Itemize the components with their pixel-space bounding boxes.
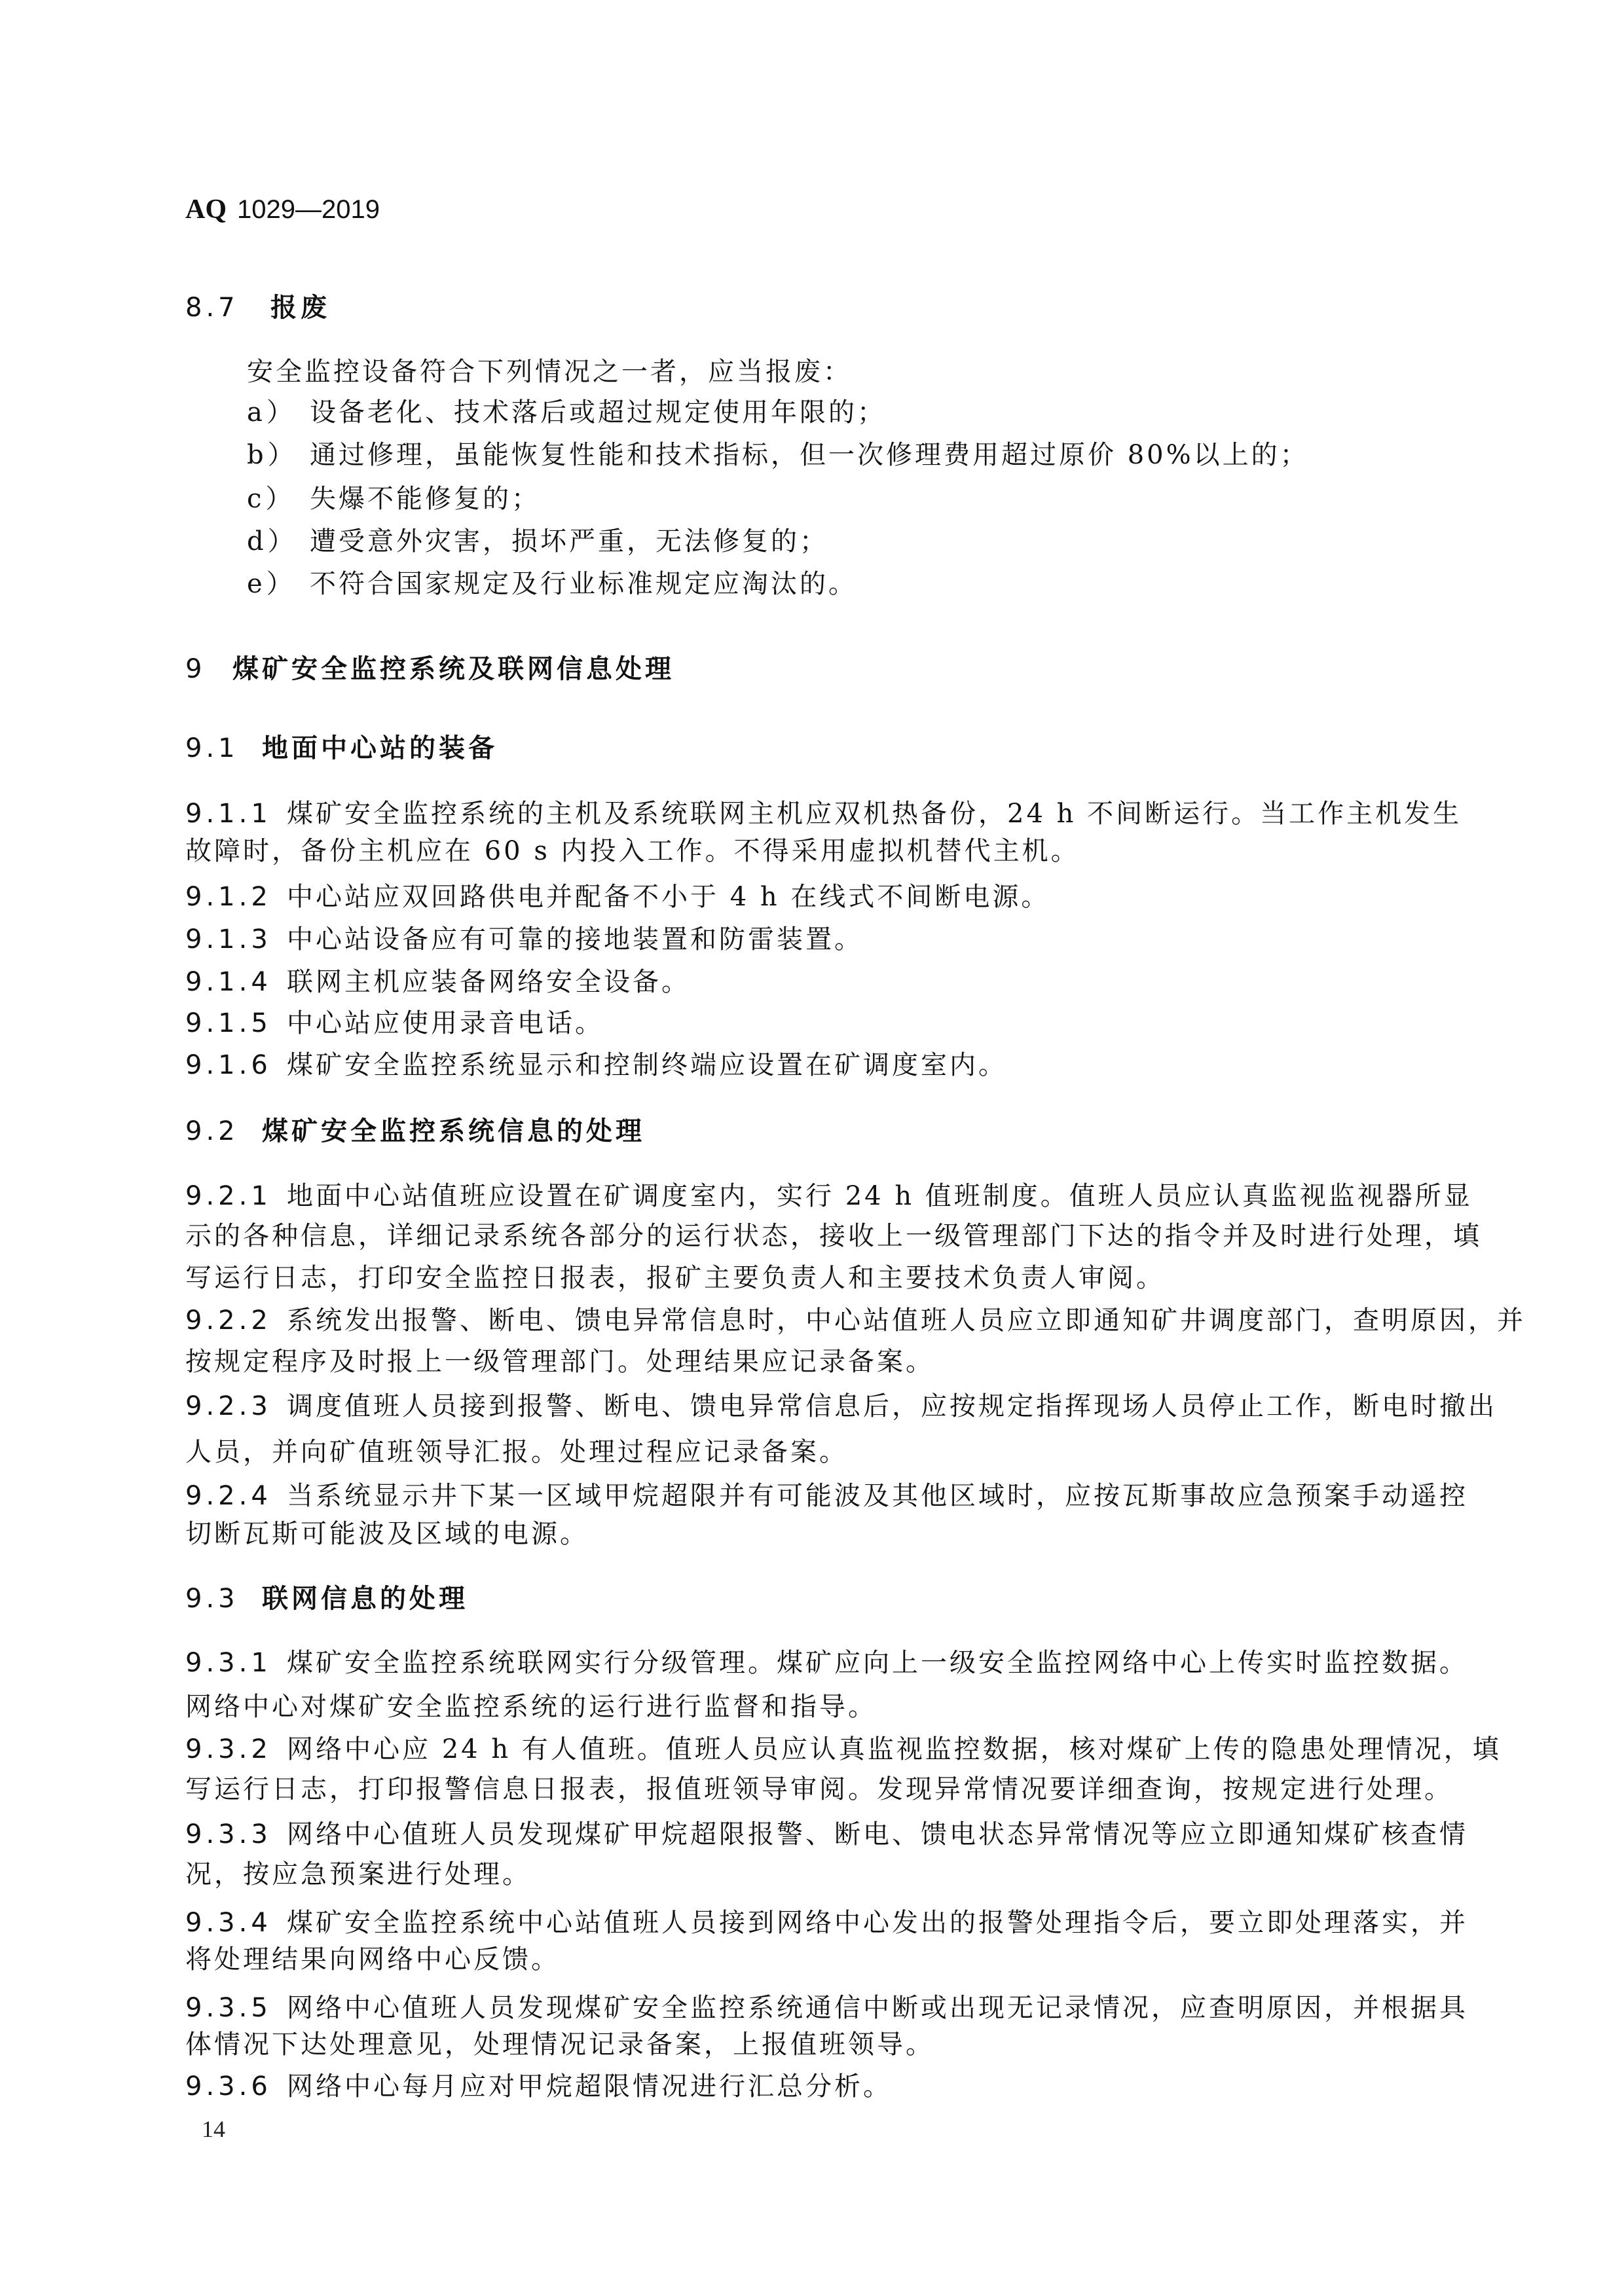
section-number: 8.7 (185, 289, 270, 326)
section-heading-9-2: 9.2煤矿安全监控系统信息的处理 (185, 1113, 645, 1150)
clause-text: 煤矿安全监控系统的主机及系统联网主机应双机热备份，24 h 不间断运行。当工作主… (287, 799, 1462, 829)
section-number: 9.1 (185, 730, 262, 767)
clause-number: 9.3.6 (185, 2068, 287, 2105)
list-label: a） (247, 394, 310, 431)
clause-text: 网络中心每月应对甲烷超限情况进行汇总分析。 (287, 2071, 892, 2102)
clause-9-2-2-line-1: 9.2.2系统发出报警、断电、馈电异常信息时，中心站值班人员应立即通知矿井调度部… (185, 1302, 1443, 1339)
chapter-number: 9 (185, 651, 232, 687)
clause-text: 中心站应双回路供电并配备不小于 4 h 在线式不间断电源。 (287, 882, 1050, 912)
clause-number: 9.2.3 (185, 1388, 287, 1425)
list-text: 遭受意外灾害，损坏严重，无法修复的； (310, 526, 828, 556)
clause-text: 中心站设备应有可靠的接地装置和防雷装置。 (287, 924, 863, 955)
clause-text: 调度值班人员接到报警、断电、馈电异常信息后，应按规定指挥现场人员停止工作，断电时… (287, 1391, 1497, 1421)
clause-9-3-2-line-2: 写运行日志，打印报警信息日报表，报值班领导审阅。发现异常情况要详细查询，按规定进… (185, 1771, 1453, 1808)
clause-9-1-1-line-2: 故障时，备份主机应在 60 s 内投入工作。不得采用虚拟机替代主机。 (185, 833, 1080, 869)
clause-9-3-5-line-1: 9.3.5网络中心值班人员发现煤矿安全监控系统通信中断或出现无记录情况，应查明原… (185, 1990, 1443, 2026)
chapter-title: 煤矿安全监控系统及联网信息处理 (232, 654, 674, 684)
list-label: d） (247, 523, 310, 560)
clause-number: 9.3.2 (185, 1731, 287, 1768)
clause-number: 9.1.6 (185, 1047, 287, 1084)
clause-9-3-4-line-2: 将处理结果向网络中心反馈。 (185, 1941, 560, 1978)
clause-number: 9.1.4 (185, 964, 287, 1000)
clause-number: 9.2.4 (185, 1478, 287, 1514)
clause-9-1-1-line-1: 9.1.1煤矿安全监控系统的主机及系统联网主机应双机热备份，24 h 不间断运行… (185, 795, 1443, 832)
clause-9-3-2-line-1: 9.3.2网络中心应 24 h 有人值班。值班人员应认真监视监控数据，核对煤矿上… (185, 1731, 1443, 1768)
clause-text: 煤矿安全监控系统中心站值班人员接到网络中心发出的报警处理指令后，要立即处理落实，… (287, 1908, 1468, 1938)
page-number: 14 (202, 2113, 225, 2145)
section-title: 煤矿安全监控系统信息的处理 (262, 1116, 645, 1146)
list-item-c: c）失爆不能修复的； (247, 481, 540, 517)
section-number: 9.3 (185, 1580, 262, 1617)
clause-9-3-6: 9.3.6网络中心每月应对甲烷超限情况进行汇总分析。 (185, 2068, 892, 2105)
clause-9-2-4-line-2: 切断瓦斯可能波及区域的电源。 (185, 1516, 589, 1552)
clause-9-1-3: 9.1.3中心站设备应有可靠的接地装置和防雷装置。 (185, 921, 863, 958)
clause-text: 系统发出报警、断电、馈电异常信息时，中心站值班人员应立即通知矿井调度部门，查明原… (287, 1305, 1526, 1336)
clause-9-2-1-line-3: 写运行日志，打印安全监控日报表，报矿主要负责人和主要技术负责人审阅。 (185, 1260, 1165, 1296)
standard-prefix: AQ (185, 194, 227, 225)
section-heading-9-3: 9.3联网信息的处理 (185, 1580, 468, 1617)
list-item-a: a）设备老化、技术落后或超过规定使用年限的； (247, 394, 886, 431)
clause-text: 煤矿安全监控系统显示和控制终端应设置在矿调度室内。 (287, 1050, 1007, 1080)
list-item-e: e）不符合国家规定及行业标准规定应淘汰的。 (247, 566, 857, 602)
chapter-heading-9: 9煤矿安全监控系统及联网信息处理 (185, 651, 674, 687)
list-text: 设备老化、技术落后或超过规定使用年限的； (310, 397, 886, 428)
clause-text: 煤矿安全监控系统联网实行分级管理。煤矿应向上一级安全监控网络中心上传实时监控数据… (287, 1648, 1468, 1678)
clause-9-2-1-line-2: 示的各种信息，详细记录系统各部分的运行状态，接收上一级管理部门下达的指令并及时进… (185, 1218, 1443, 1254)
clause-text: 中心站应使用录音电话。 (287, 1008, 604, 1038)
clause-number: 9.2.1 (185, 1178, 287, 1214)
clause-9-2-4-line-1: 9.2.4当系统显示井下某一区域甲烷超限并有可能波及其他区域时，应按瓦斯事故应急… (185, 1478, 1443, 1514)
section-title: 联网信息的处理 (262, 1584, 468, 1614)
clause-9-3-4-line-1: 9.3.4煤矿安全监控系统中心站值班人员接到网络中心发出的报警处理指令后，要立即… (185, 1904, 1443, 1941)
clause-text: 联网主机应装备网络安全设备。 (287, 967, 690, 997)
clause-number: 9.1.5 (185, 1005, 287, 1042)
clause-9-1-5: 9.1.5中心站应使用录音电话。 (185, 1005, 604, 1042)
clause-9-3-5-line-2: 体情况下达处理意见，处理情况记录备案，上报值班领导。 (185, 2026, 934, 2063)
clause-number: 9.3.1 (185, 1645, 287, 1681)
document-page: AQ1029—2019 8.7报废 安全监控设备符合下列情况之一者，应当报废： … (0, 0, 1624, 2296)
clause-9-3-1-line-2: 网络中心对煤矿安全监控系统的运行进行监督和指导。 (185, 1688, 877, 1725)
clause-text: 网络中心应 24 h 有人值班。值班人员应认真监视监控数据，核对煤矿上传的隐患处… (287, 1734, 1502, 1764)
standard-code-header: AQ1029—2019 (185, 191, 380, 228)
clause-9-2-2-line-2: 按规定程序及时报上一级管理部门。处理结果应记录备案。 (185, 1343, 934, 1380)
clause-number: 9.1.1 (185, 795, 287, 832)
list-item-d: d）遭受意外灾害，损坏严重，无法修复的； (247, 523, 828, 560)
clause-9-2-1-line-1: 9.2.1地面中心站值班应设置在矿调度室内，实行 24 h 值班制度。值班人员应… (185, 1178, 1443, 1214)
section-intro: 安全监控设备符合下列情况之一者，应当报废： (247, 354, 852, 390)
clause-number: 9.1.3 (185, 921, 287, 958)
list-label: b） (247, 437, 310, 473)
section-heading-9-1: 9.1地面中心站的装备 (185, 730, 498, 767)
clause-9-2-3-line-1: 9.2.3调度值班人员接到报警、断电、馈电异常信息后，应按规定指挥现场人员停止工… (185, 1388, 1443, 1425)
standard-number: 1029—2019 (237, 195, 380, 224)
clause-number: 9.3.4 (185, 1904, 287, 1941)
clause-number: 9.1.2 (185, 879, 287, 915)
clause-text: 当系统显示井下某一区域甲烷超限并有可能波及其他区域时，应按瓦斯事故应急预案手动遥… (287, 1481, 1468, 1511)
clause-9-1-4: 9.1.4联网主机应装备网络安全设备。 (185, 964, 690, 1000)
clause-9-1-6: 9.1.6煤矿安全监控系统显示和控制终端应设置在矿调度室内。 (185, 1047, 1007, 1084)
clause-text: 网络中心值班人员发现煤矿甲烷超限报警、断电、馈电状态异常情况等应立即通知煤矿核查… (287, 1819, 1468, 1850)
section-title: 地面中心站的装备 (262, 733, 498, 763)
clause-number: 9.3.3 (185, 1816, 287, 1853)
clause-9-3-1-line-1: 9.3.1煤矿安全监控系统联网实行分级管理。煤矿应向上一级安全监控网络中心上传实… (185, 1645, 1443, 1681)
clause-text: 地面中心站值班应设置在矿调度室内，实行 24 h 值班制度。值班人员应认真监视监… (287, 1181, 1473, 1211)
clause-number: 9.2.2 (185, 1302, 287, 1339)
clause-9-3-3-line-1: 9.3.3网络中心值班人员发现煤矿甲烷超限报警、断电、馈电状态异常情况等应立即通… (185, 1816, 1443, 1853)
list-text: 失爆不能修复的； (310, 484, 540, 514)
clause-9-2-3-line-2: 人员，并向矿值班领导汇报。处理过程应记录备案。 (185, 1434, 848, 1470)
clause-text: 网络中心值班人员发现煤矿安全监控系统通信中断或出现无记录情况，应查明原因，并根据… (287, 1993, 1468, 2023)
clause-9-1-2: 9.1.2中心站应双回路供电并配备不小于 4 h 在线式不间断电源。 (185, 879, 1050, 915)
clause-number: 9.3.5 (185, 1990, 287, 2026)
section-heading-8-7: 8.7报废 (185, 289, 331, 326)
section-title: 报废 (270, 293, 331, 323)
list-text: 通过修理，虽能恢复性能和技术指标，但一次修理费用超过原价 80%以上的； (310, 440, 1309, 470)
section-number: 9.2 (185, 1113, 262, 1150)
list-item-b: b）通过修理，虽能恢复性能和技术指标，但一次修理费用超过原价 80%以上的； (247, 437, 1309, 473)
list-text: 不符合国家规定及行业标准规定应淘汰的。 (310, 569, 857, 599)
list-label: c） (247, 481, 310, 517)
list-label: e） (247, 566, 310, 602)
clause-9-3-3-line-2: 况，按应急预案进行处理。 (185, 1856, 531, 1893)
